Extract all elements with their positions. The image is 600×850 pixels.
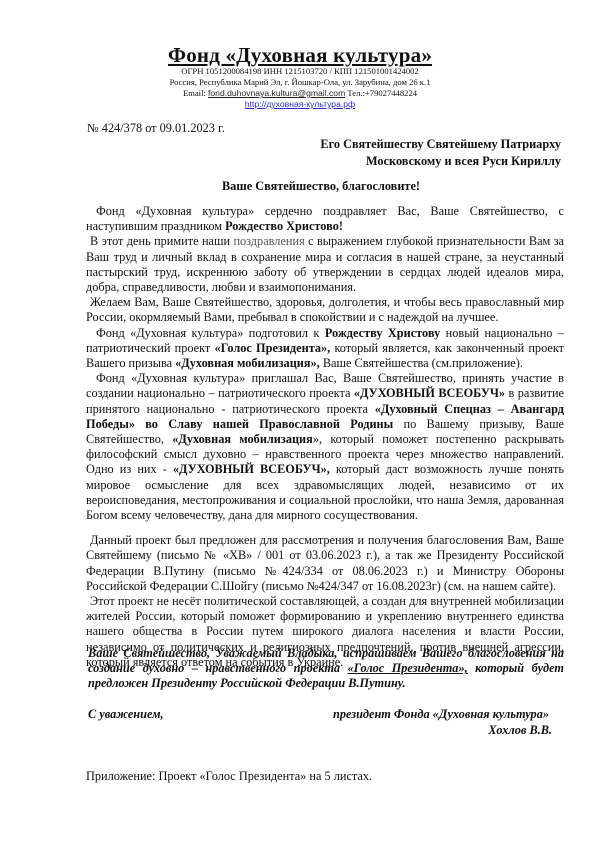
addressee: Его Святейшеству Святейшему Патриарху Мо… xyxy=(320,136,561,170)
emphasis: Рождество Христово! xyxy=(225,219,343,233)
paragraph-wishes: Желаем Вам, Ваше Святейшество, здоровья,… xyxy=(86,295,564,325)
paragraph-gratitude: В этот день примите наши поздравления с … xyxy=(86,234,564,295)
signatory-position: президент Фонда «Духовная культура» xyxy=(333,707,549,721)
regards: С уважением, xyxy=(88,707,164,722)
email-label: Email: xyxy=(183,88,208,98)
emphasis: «ДУХОВНЫЙ ВСЕОБУЧ» xyxy=(354,386,505,400)
paragraph-project: Фонд «Духовная культура» подготовил к Ро… xyxy=(86,326,564,372)
text: Ваше Святейшества (см.приложение). xyxy=(320,356,523,370)
greeting: Ваше Святейшество, благословите! xyxy=(0,179,600,194)
addressee-line-2: Московскому и всея Руси Кириллу xyxy=(320,153,561,170)
emphasis: «Голос Президента», xyxy=(214,341,330,355)
paragraph-invitation: Фонд «Духовная культура» приглашал Вас, … xyxy=(86,371,564,523)
letter-page: Фонд «Духовная культура» ОГРН 1051200084… xyxy=(0,0,600,850)
project-name-underlined: «Голос Президента», xyxy=(348,661,468,675)
contact-line: Email: fond.duhovnaya.kultura@gmail.com … xyxy=(0,88,600,98)
registration-numbers: ОГРН 1051200084198 ИНН 1215103720 / КПП … xyxy=(0,66,600,76)
addressee-line-1: Его Святейшеству Святейшему Патриарху xyxy=(320,136,561,153)
emphasis: Рождеству Христову xyxy=(325,326,440,340)
paragraph-submissions: Данный проект был предложен для рассмотр… xyxy=(86,533,564,594)
paragraph-congratulations: Фонд «Духовная культура» сердечно поздра… xyxy=(86,204,564,234)
text: Фонд «Духовная культура» подготовил к xyxy=(96,326,325,340)
website-link[interactable]: http://духовная-культура.рф xyxy=(245,99,355,109)
emphasis: «ДУХОВНЫЙ ВСЕОБУЧ», xyxy=(173,462,330,476)
text-muted: поздравления xyxy=(233,234,304,248)
letterhead-title: Фонд «Духовная культура» xyxy=(0,43,600,68)
email-link[interactable]: fond.duhovnaya.kultura@gmail.com xyxy=(208,88,345,98)
signatory-name: Хохлов В.В. xyxy=(333,723,552,739)
closing-request: Ваше Святейшество, Уважаемый Владыка, ис… xyxy=(88,646,564,692)
postal-address: Россия, Республика Марий Эл, г. Йошкар-О… xyxy=(0,77,600,87)
emphasis: «Духовная мобилизация xyxy=(172,432,313,446)
signature-block: президент Фонда «Духовная культура» Хохл… xyxy=(333,707,549,738)
text: В этот день примите наши xyxy=(90,234,233,248)
emphasis: «Духовная мобилизация», xyxy=(175,356,320,370)
letter-body: Фонд «Духовная культура» сердечно поздра… xyxy=(86,204,564,670)
phone: Тел.:+79027448224 xyxy=(345,88,417,98)
website-line: http://духовная-культура.рф xyxy=(0,99,600,109)
attachment-note: Приложение: Проект «Голос Президента» на… xyxy=(86,769,372,784)
letter-reference: № 424/378 от 09.01.2023 г. xyxy=(87,121,225,136)
